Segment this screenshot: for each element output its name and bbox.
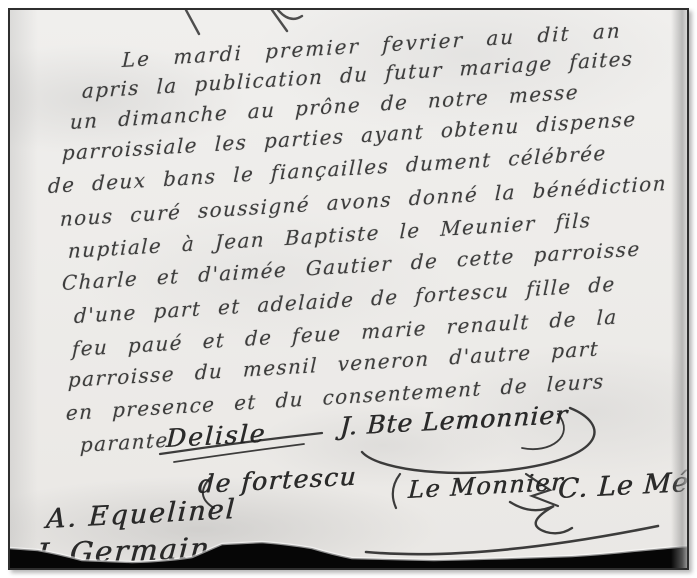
signature-le-monnier: Le Monnier bbox=[407, 468, 564, 504]
signature-c-le-me: C. Le Mé bbox=[557, 467, 687, 505]
parchment-paper: Le mardi premier fevrier au dit an apris… bbox=[10, 10, 687, 568]
signature-delisle: Delisle bbox=[165, 419, 267, 453]
manuscript-line-13: parante bbox=[80, 428, 169, 457]
page-background: Le mardi premier fevrier au dit an apris… bbox=[0, 0, 697, 578]
torn-paper-edge bbox=[10, 508, 687, 568]
signature-de-fortescu: de fortescu bbox=[197, 462, 358, 499]
scanned-document-frame: Le mardi premier fevrier au dit an apris… bbox=[8, 8, 689, 570]
left-margin-smudge bbox=[10, 10, 38, 568]
paper-edge-shadow bbox=[671, 10, 687, 568]
